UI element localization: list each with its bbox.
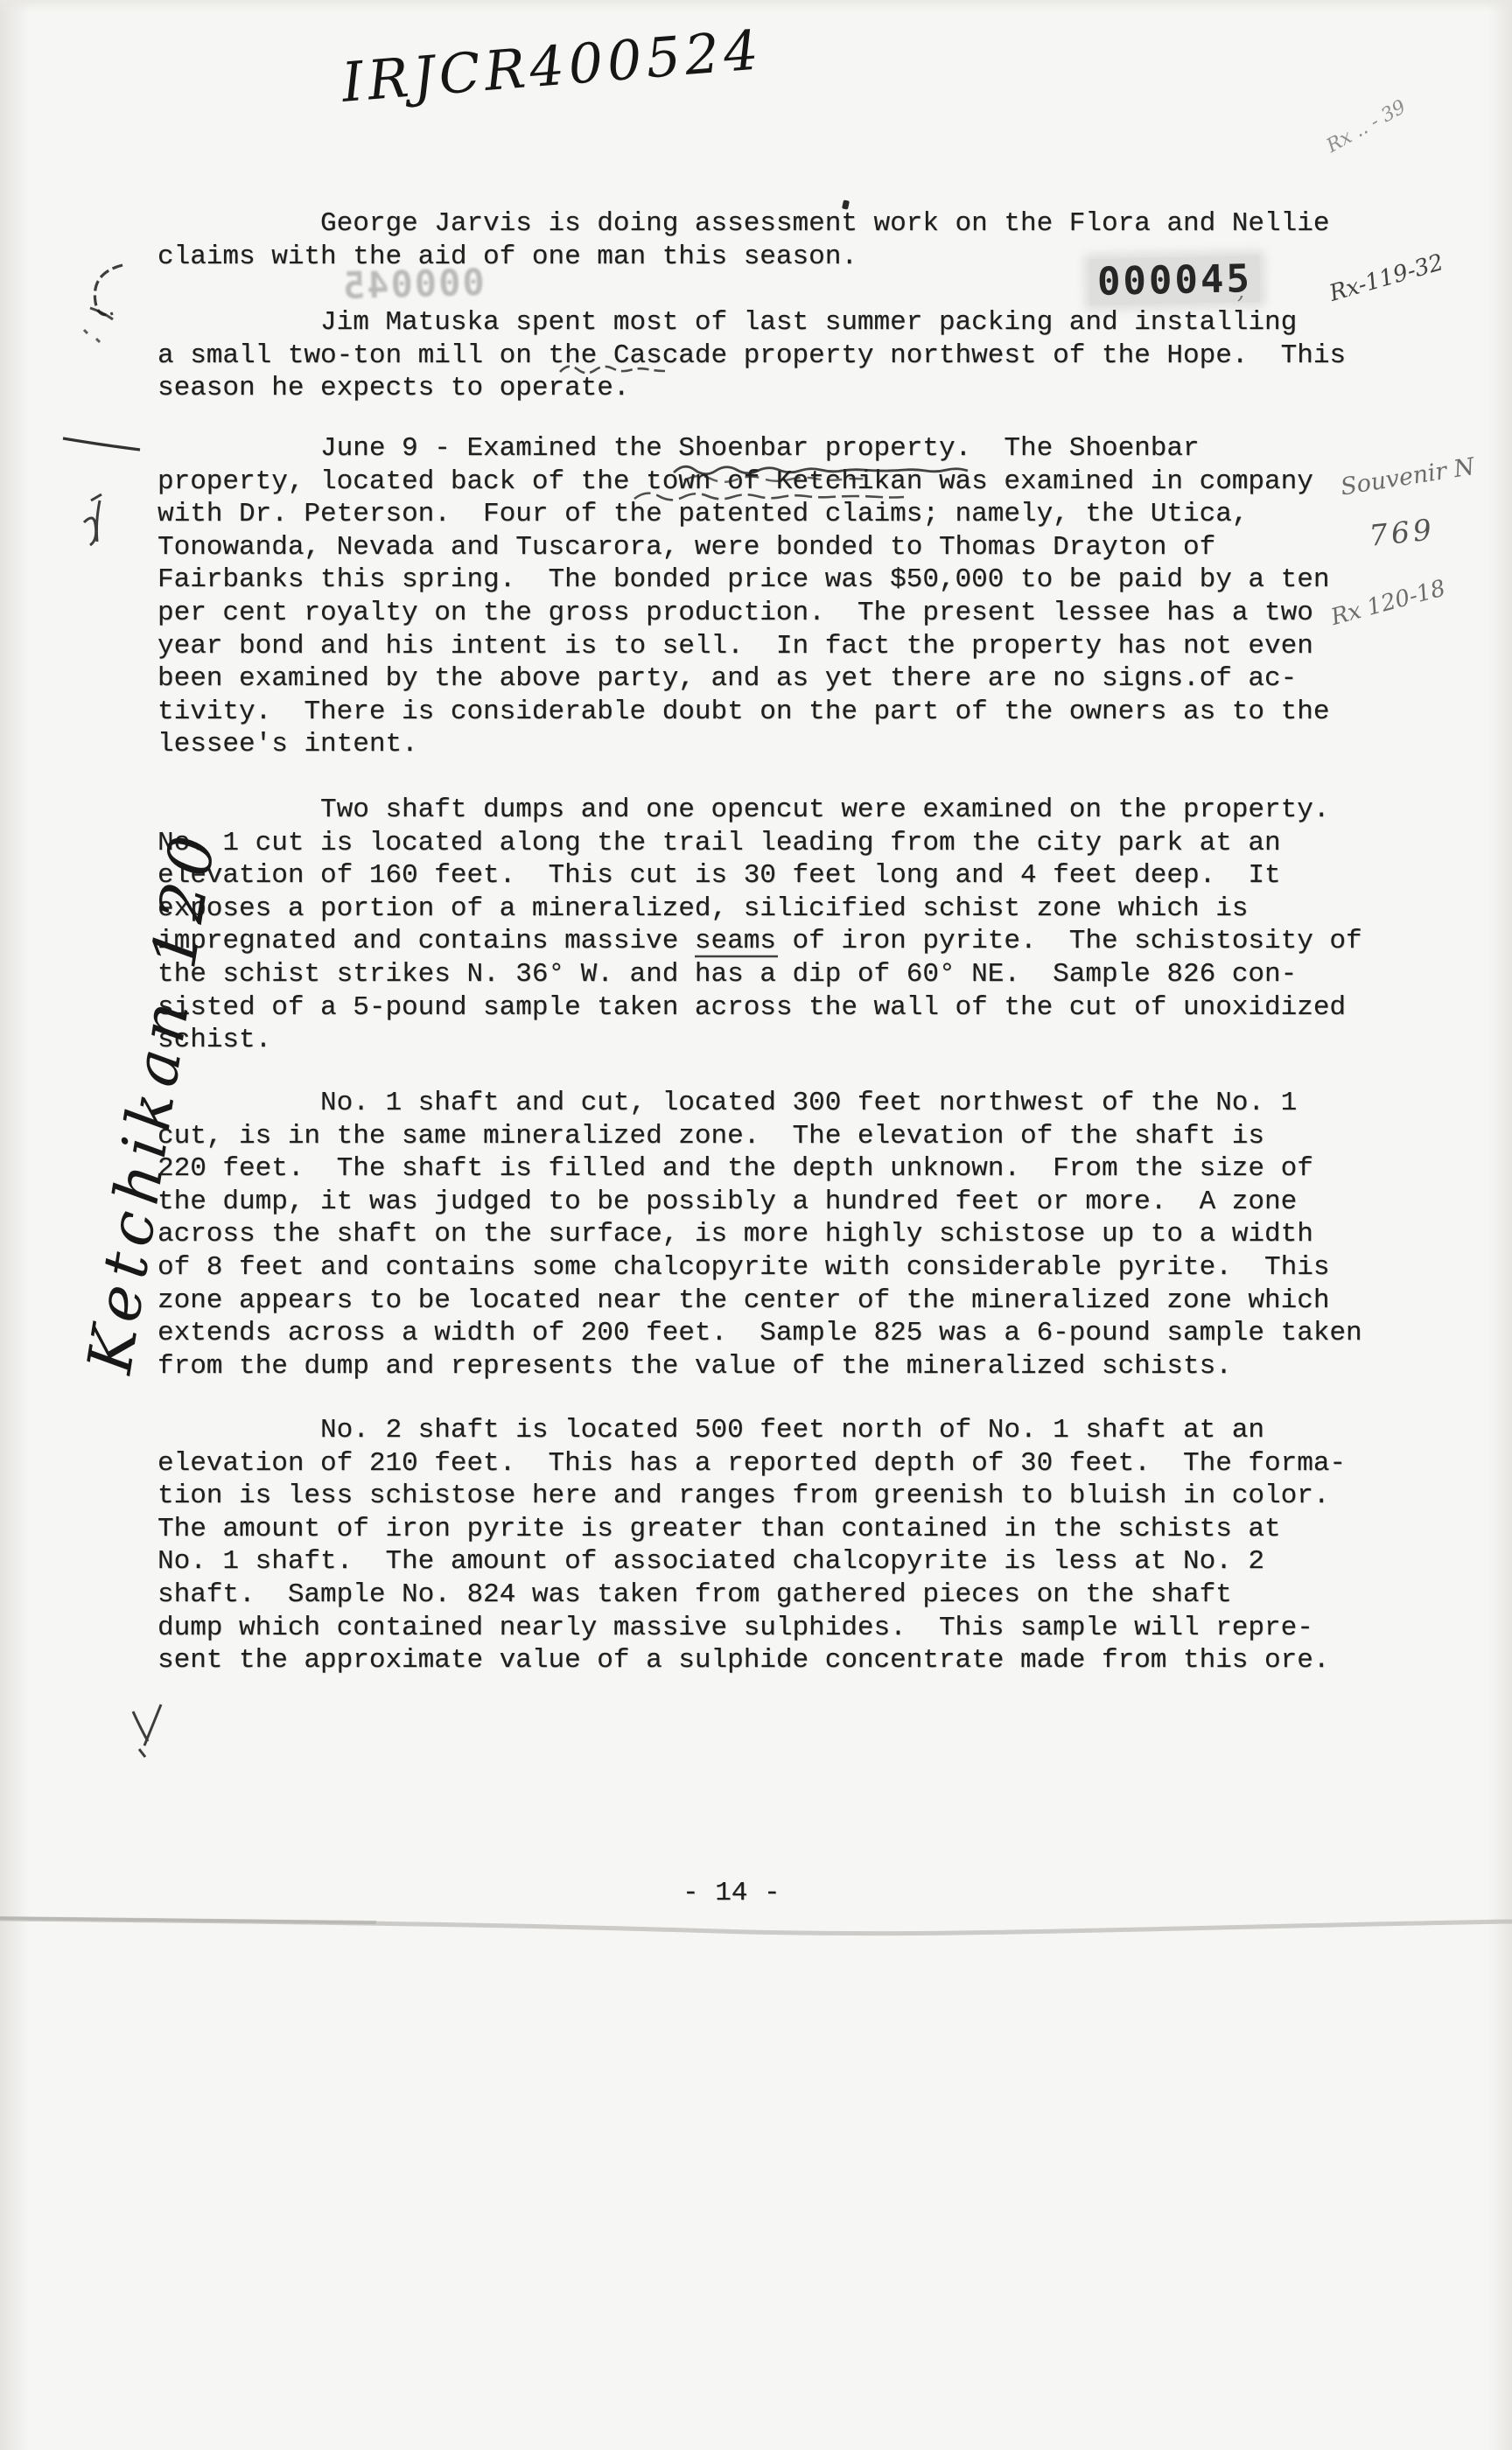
- scan-edge-right: [1487, 0, 1512, 2450]
- scan-fold-line: [0, 1919, 1512, 1934]
- handwritten-document-code: IRJCR400524: [339, 17, 765, 115]
- bottom-check-mark: [133, 1704, 161, 1757]
- margin-hook-dash: [90, 308, 113, 319]
- handwritten-rx120-note: Rx 120-18: [1328, 575, 1448, 631]
- serial-number-stamp: 000045: [1088, 255, 1260, 305]
- margin-hook-dots: [84, 330, 100, 342]
- scanned-page: IRJCR400524 Rx .. - 39 George Jarvis is …: [0, 0, 1512, 2450]
- scan-edge-top: [0, 0, 1512, 12]
- scan-edge-left: [0, 0, 30, 2450]
- page-number: - 14 -: [682, 1877, 780, 1910]
- handwritten-top-right-note: Rx .. - 39: [1323, 96, 1410, 157]
- handwritten-769-note: 769: [1368, 512, 1437, 553]
- scan-fold-line-dark-segment: [0, 1918, 376, 1922]
- paragraph-no1-shaft: No. 1 shaft and cut, located 300 feet no…: [157, 1087, 1362, 1382]
- handwritten-rx119-note: Rx-119-32: [1326, 249, 1446, 307]
- paragraph-june9-shoenbar: June 9 - Examined the Shoenbar property.…: [157, 432, 1329, 761]
- margin-jd-mark: [84, 494, 101, 545]
- margin-hook-squiggle: [94, 265, 122, 315]
- paragraph-no2-shaft: No. 2 shaft is located 500 feet north of…: [157, 1414, 1346, 1677]
- ghost-stamp-bleedthrough: 000045: [340, 261, 485, 307]
- stamp-tick-mark: ,: [1237, 278, 1244, 304]
- margin-dash: [63, 438, 140, 450]
- paragraph-no1-cut: Two shaft dumps and one opencut were exa…: [157, 794, 1362, 1057]
- handwritten-souvenir-note: Souvenir N: [1339, 453, 1476, 501]
- paragraph-matuska-mill: Jim Matuska spent most of last summer pa…: [157, 306, 1346, 405]
